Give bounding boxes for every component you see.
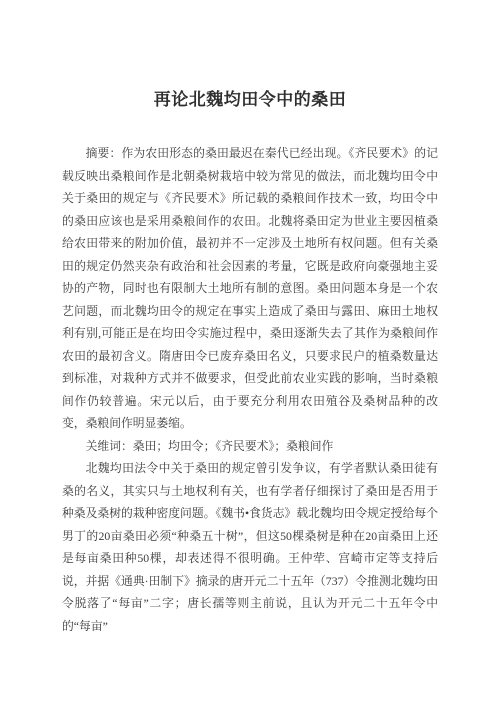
abstract-paragraph: 摘要：作为农田形态的桑田最迟在秦代已经出现。《齐民要术》的记载反映出桑粮间作是北… xyxy=(62,142,438,435)
body-paragraph: 北魏均田法令中关于桑田的规定曾引发争议，有学者默认桑田徒有桑的名义，其实只与土地… xyxy=(62,457,438,637)
paper-title: 再论北魏均田令中的桑田 xyxy=(62,88,438,112)
paper-page: 再论北魏均田令中的桑田 摘要：作为农田形态的桑田最迟在秦代已经出现。《齐民要术》… xyxy=(0,0,500,707)
paper-body: 摘要：作为农田形态的桑田最迟在秦代已经出现。《齐民要术》的记载反映出桑粮间作是北… xyxy=(62,142,438,637)
keywords-line: 关维词：桑田；均田令；《齐民要术》；桑粮间作 xyxy=(62,435,438,458)
